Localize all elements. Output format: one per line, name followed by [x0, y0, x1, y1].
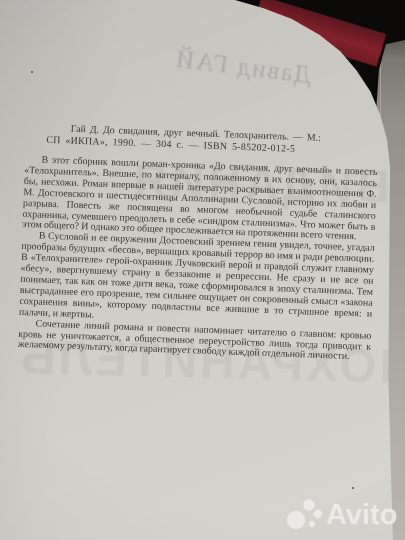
- avito-logo-dots-icon: [283, 497, 325, 533]
- book-page-photo: Давид ГАЙ ДО СВИДАНИЯ ТЕЛОХРАНИТЕЛЬ Гай …: [0, 0, 405, 540]
- avito-watermark: Avito: [283, 497, 397, 533]
- paper-speck: [352, 487, 354, 489]
- book-page: Давид ГАЙ ДО СВИДАНИЯ ТЕЛОХРАНИТЕЛЬ Гай …: [0, 0, 405, 540]
- paper-speck: [31, 71, 33, 73]
- annotation-paragraph-1: В этот сборник вошли роман-хроника «До с…: [22, 155, 378, 244]
- avito-watermark-label: Avito: [326, 499, 397, 532]
- annotation-paragraph-2: В Сусловой и ее окружении Достоевский зр…: [19, 231, 375, 331]
- annotation-text-block: Гай Д. До свидания, друг вечный. Телохра…: [18, 122, 379, 364]
